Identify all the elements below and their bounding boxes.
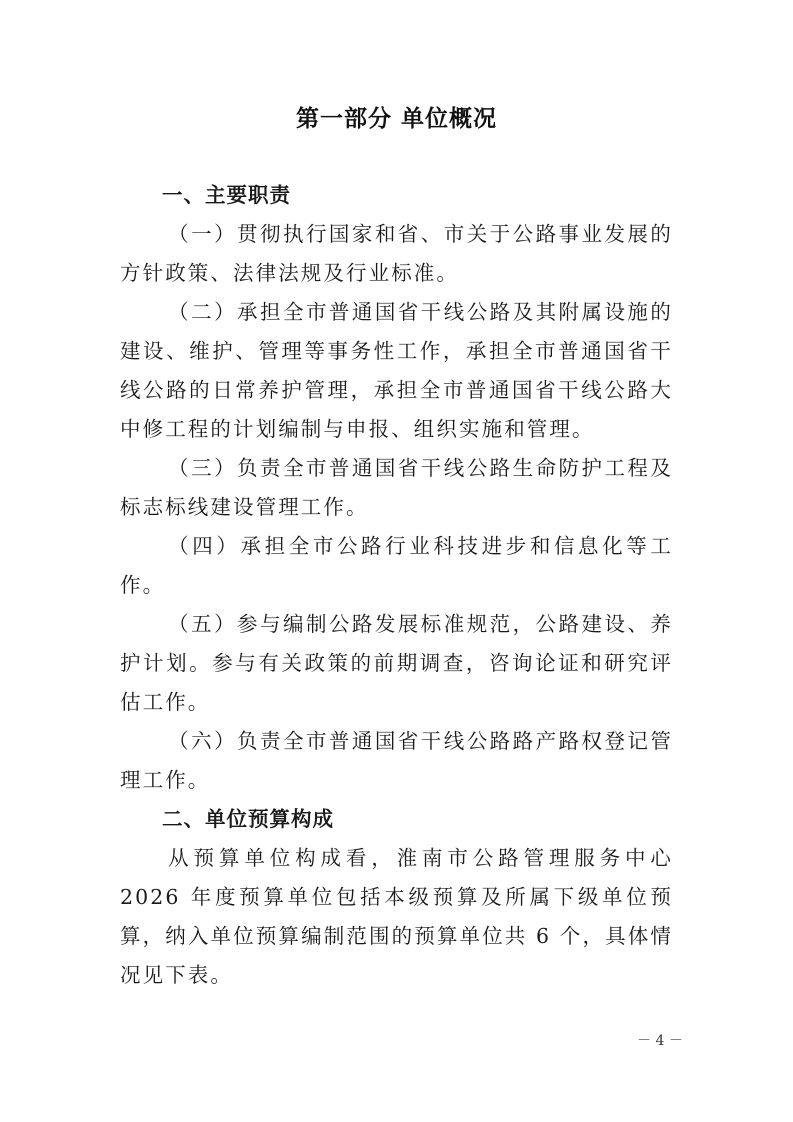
paragraph: 从预算单位构成看，淮南市公路管理服务中心 2026 年度预算单位包括本级预算及所… bbox=[120, 839, 673, 995]
paragraph: （一）贯彻执行国家和省、市关于公路事业发展的方针政策、法律法规及行业标准。 bbox=[120, 215, 673, 293]
section-heading-duties: 一、主要职责 bbox=[120, 176, 673, 215]
document-page: 第一部分 单位概况 一、主要职责 （一）贯彻执行国家和省、市关于公路事业发展的方… bbox=[0, 0, 793, 1122]
document-body: 一、主要职责 （一）贯彻执行国家和省、市关于公路事业发展的方针政策、法律法规及行… bbox=[120, 176, 673, 995]
paragraph: （五）参与编制公路发展标准规范，公路建设、养护计划。参与有关政策的前期调查，咨询… bbox=[120, 605, 673, 722]
paragraph: （四）承担全市公路行业科技进步和信息化等工作。 bbox=[120, 527, 673, 605]
page-title: 第一部分 单位概况 bbox=[0, 100, 793, 133]
page-number: － 4 － bbox=[600, 1030, 720, 1050]
paragraph: （六）负责全市普通国省干线公路路产路权登记管理工作。 bbox=[120, 722, 673, 800]
paragraph: （三）负责全市普通国省干线公路生命防护工程及标志标线建设管理工作。 bbox=[120, 449, 673, 527]
paragraph: （二）承担全市普通国省干线公路及其附属设施的建设、维护、管理等事务性工作，承担全… bbox=[120, 293, 673, 449]
section-heading-budget-composition: 二、单位预算构成 bbox=[120, 800, 673, 839]
